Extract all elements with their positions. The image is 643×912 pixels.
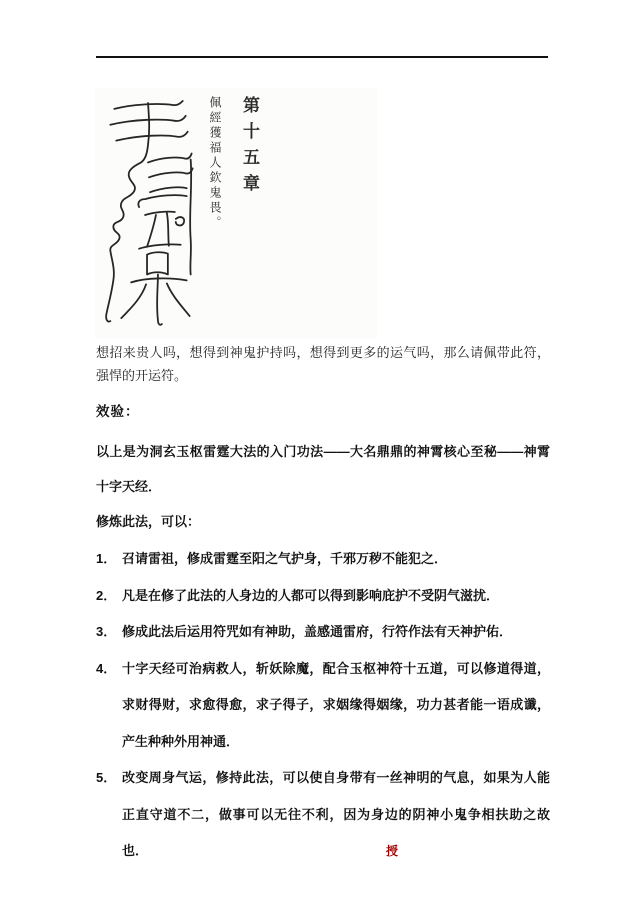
horizontal-rule bbox=[96, 56, 548, 58]
chapter-title: 第十五章 bbox=[237, 96, 262, 336]
benefit-text: 凡是在修了此法的人身边的人都可以得到影响庇护不受阴气滋扰． bbox=[122, 578, 550, 615]
benefit-number: 4． bbox=[96, 651, 122, 761]
benefit-item: 5． 改变周身气运，修持此法，可以使自身带有一丝神明的气息，如果为人能正直守道不… bbox=[96, 760, 550, 870]
benefit-item: 2． 凡是在修了此法的人身边的人都可以得到影响庇护不受阴气滋扰． bbox=[96, 578, 550, 615]
main-content: 效验： 以上是为洞玄玉枢雷霆大法的入门功法——大名鼎鼎的神霄核心至秘——神霄十字… bbox=[96, 403, 550, 870]
benefit-number: 2． bbox=[96, 578, 122, 615]
chapter-subtitle: 佩經獲福人欽鬼畏。 bbox=[207, 96, 224, 336]
benefits-list: 1． 召请雷祖，修成雷霆至阳之气护身，千邪万秽不能犯之． 2． 凡是在修了此法的… bbox=[96, 541, 550, 870]
benefit-text: 十字天经可治病救人，斩妖除魔，配合玉枢神符十五道，可以修道得道，求财得财，求愈得… bbox=[122, 651, 550, 761]
intro-paragraph: 想招来贵人吗，想得到神鬼护持吗，想得到更多的运气吗，那么请佩带此符，强悍的开运符… bbox=[96, 341, 550, 387]
section-heading: 效验： bbox=[96, 403, 550, 421]
benefit-item: 4． 十字天经可治病救人，斩妖除魔，配合玉枢神符十五道，可以修道得道，求财得财，… bbox=[96, 651, 550, 761]
benefit-number: 1． bbox=[96, 541, 122, 578]
benefit-text: 召请雷祖，修成雷霆至阳之气护身，千邪万秽不能犯之． bbox=[122, 541, 550, 578]
seal-watermark: 授 bbox=[386, 842, 398, 859]
benefit-text: 改变周身气运，修持此法，可以使自身带有一丝神明的气息，如果为人能正直守道不二，做… bbox=[122, 760, 550, 870]
benefit-text: 修成此法后运用符咒如有神助，盖感通雷府，行符作法有天神护佑． bbox=[122, 614, 550, 651]
lead-paragraph: 以上是为洞玄玉枢雷霆大法的入门功法——大名鼎鼎的神霄核心至秘——神霄十字天经． bbox=[96, 434, 550, 504]
practice-intro: 修炼此法，可以： bbox=[96, 504, 550, 539]
talisman-drawing-icon bbox=[101, 100, 201, 328]
benefit-number: 3． bbox=[96, 614, 122, 651]
benefit-item: 1． 召请雷祖，修成雷霆至阳之气护身，千邪万秽不能犯之． bbox=[96, 541, 550, 578]
figure-caption: 第十五章 佩經獲福人欽鬼畏。 bbox=[207, 96, 262, 336]
talisman-figure: 第十五章 佩經獲福人欽鬼畏。 bbox=[95, 88, 377, 338]
benefit-number: 5． bbox=[96, 760, 122, 870]
benefit-item: 3． 修成此法后运用符咒如有神助，盖感通雷府，行符作法有天神护佑． bbox=[96, 614, 550, 651]
